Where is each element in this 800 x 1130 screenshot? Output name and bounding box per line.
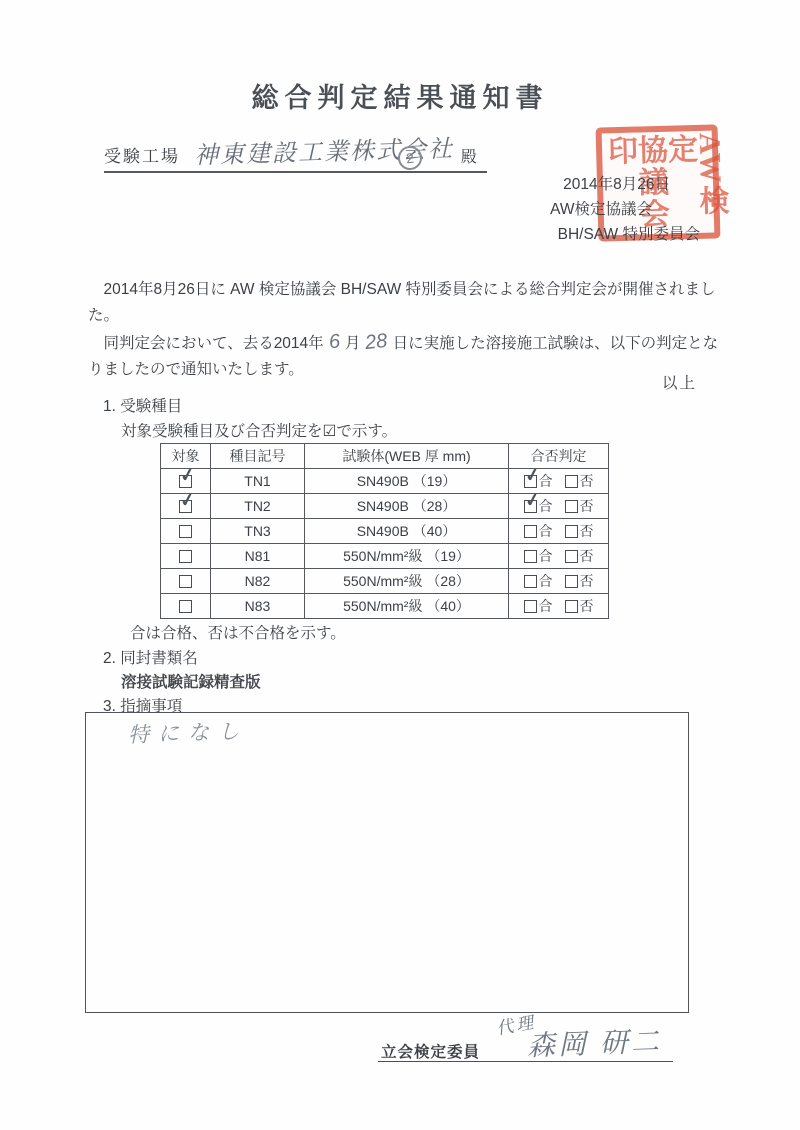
result-cell: 合否 xyxy=(509,569,609,594)
specimen-cell: 550N/mm²級 （19） xyxy=(305,544,509,569)
pass-label: 合 xyxy=(539,573,553,589)
result-cell: ✓合否 xyxy=(509,469,609,494)
section2-content: 溶接試験記録精査版 xyxy=(121,670,261,692)
result-cell: 合否 xyxy=(509,544,609,569)
fail-checkbox xyxy=(565,525,578,538)
recipient-label: 受験工場 xyxy=(104,147,180,166)
result-cell: ✓合否 xyxy=(509,494,609,519)
scanned-document-page: 総合判定結果通知書 受験工場 神東建設工業株式会社 殿 2 AW検定 協議会印 … xyxy=(0,0,800,1130)
table-footnote: 合は合格、否は不合格を示す。 xyxy=(130,621,346,643)
section1-heading: 1. 受験種目 xyxy=(103,394,182,416)
signature-name-handwritten: 森岡 研二 xyxy=(526,1020,662,1065)
header-result: 合否判定 xyxy=(509,444,609,469)
pass-checkbox: ✓ xyxy=(524,475,537,488)
code-cell: N81 xyxy=(211,544,305,569)
target-checkbox: ✓ xyxy=(179,500,192,513)
table-row: ✓ TN1 SN490B （19） ✓合否 xyxy=(161,469,609,494)
fail-checkbox xyxy=(565,500,578,513)
remarks-box: 特になし xyxy=(85,712,689,1013)
checkmark: ✓ xyxy=(179,465,197,485)
day-handwritten: 28 xyxy=(364,328,389,356)
specimen-cell: 550N/mm²級 （40） xyxy=(305,594,509,619)
code-cell: TN3 xyxy=(211,519,305,544)
fail-checkbox xyxy=(565,600,578,613)
section2-heading: 2. 同封書類名 xyxy=(103,646,198,668)
target-checkbox xyxy=(179,600,192,613)
code-cell: TN2 xyxy=(211,494,305,519)
signature-label: 立会検定委員 xyxy=(381,1040,480,1062)
fail-label: 否 xyxy=(580,523,594,539)
header-code: 種目記号 xyxy=(211,444,305,469)
result-cell: 合否 xyxy=(509,519,609,544)
table-row: ✓ TN2 SN490B （28） ✓合否 xyxy=(161,494,609,519)
issuer-organization: AW検定協議会 xyxy=(455,197,700,222)
fail-label: 否 xyxy=(580,498,594,514)
fail-label: 否 xyxy=(580,573,594,589)
target-checkbox xyxy=(179,525,192,538)
body-paragraph-1: 2014年8月26日に AW 検定協議会 BH/SAW 特別委員会による総合判定… xyxy=(88,277,722,329)
specimen-cell: SN490B （40） xyxy=(305,519,509,544)
judgement-table: 対象 種目記号 試験体(WEB 厚 mm) 合否判定 ✓ TN1 SN490B … xyxy=(160,443,609,619)
issuer-block: 2014年8月26日 AW検定協議会 BH/SAW 特別委員会 xyxy=(455,172,700,247)
fail-label: 否 xyxy=(580,473,594,489)
target-checkbox: ✓ xyxy=(179,475,192,488)
checkmark: ✓ xyxy=(523,490,541,510)
pass-label: 合 xyxy=(539,523,553,539)
checkmark: ✓ xyxy=(179,490,197,510)
fail-label: 否 xyxy=(580,598,594,614)
body-paragraph-2: 同判定会において、去る2014年6月28日に実施した溶接施工試験は、以下の判定と… xyxy=(88,329,722,383)
remarks-handwritten-note: 特になし xyxy=(128,715,249,749)
fail-label: 否 xyxy=(580,548,594,564)
header-specimen: 試験体(WEB 厚 mm) xyxy=(305,444,509,469)
pass-checkbox xyxy=(524,575,537,588)
issue-date: 2014年8月26日 xyxy=(455,172,700,197)
pass-checkbox xyxy=(524,550,537,563)
issuer-committee: BH/SAW 特別委員会 xyxy=(455,222,700,247)
code-cell: N82 xyxy=(211,569,305,594)
result-cell: 合否 xyxy=(509,594,609,619)
section1-note: 対象受験種目及び合否判定を☑で示す。 xyxy=(121,419,397,441)
fail-checkbox xyxy=(565,475,578,488)
fail-checkbox xyxy=(565,575,578,588)
month-label: 月 xyxy=(345,335,361,352)
target-checkbox xyxy=(179,575,192,588)
specimen-cell: SN490B （28） xyxy=(305,494,509,519)
recipient-line: 受験工場 神東建設工業株式会社 殿 xyxy=(104,132,487,173)
table-row: TN3 SN490B （40） 合否 xyxy=(161,519,609,544)
code-cell: N83 xyxy=(211,594,305,619)
table-row: N81 550N/mm²級 （19） 合否 xyxy=(161,544,609,569)
target-checkbox xyxy=(179,550,192,563)
pass-checkbox xyxy=(524,600,537,613)
pass-label: 合 xyxy=(539,548,553,564)
table-row: N82 550N/mm²級 （28） 合否 xyxy=(161,569,609,594)
checkmark: ✓ xyxy=(523,465,541,485)
specimen-cell: 550N/mm²級 （28） xyxy=(305,569,509,594)
specimen-cell: SN490B （19） xyxy=(305,469,509,494)
pass-checkbox: ✓ xyxy=(524,500,537,513)
pass-checkbox xyxy=(524,525,537,538)
pass-label: 合 xyxy=(539,598,553,614)
fail-checkbox xyxy=(565,550,578,563)
document-title: 総合判定結果通知書 xyxy=(0,76,800,115)
code-cell: TN1 xyxy=(211,469,305,494)
recipient-honorific: 殿 xyxy=(461,149,477,166)
paragraph2-prefix: 同判定会において、去る2014年 xyxy=(88,335,324,352)
month-handwritten: 6 xyxy=(327,328,341,355)
closing-ijou: 以上 xyxy=(662,371,697,393)
table-row: N83 550N/mm²級 （40） 合否 xyxy=(161,594,609,619)
signature-underline xyxy=(378,1061,673,1062)
table-header-row: 対象 種目記号 試験体(WEB 厚 mm) 合否判定 xyxy=(161,444,609,469)
